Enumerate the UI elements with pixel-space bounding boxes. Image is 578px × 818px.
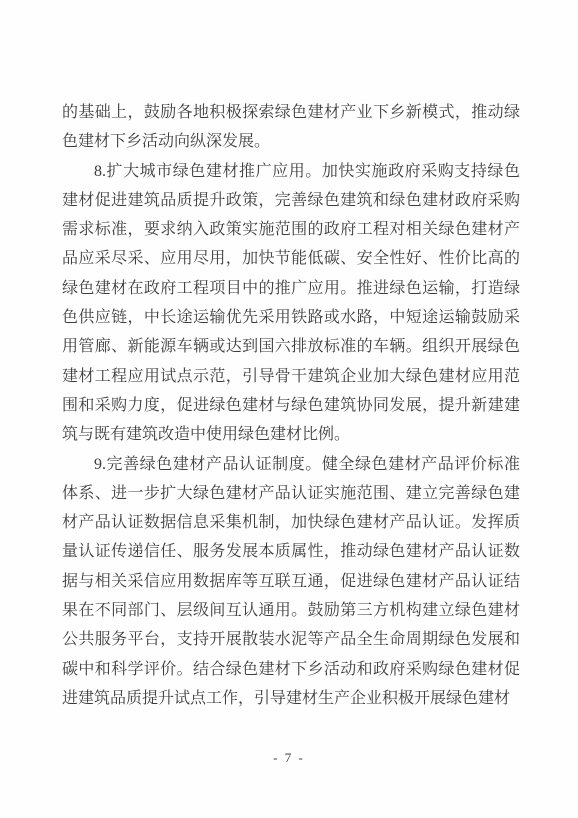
document-page: 的基础上，鼓励各地积极探索绿色建材产业下乡新模式，推动绿色建材下乡活动向纵深发展… (0, 0, 578, 818)
paragraph-item-8: 8.扩大城市绿色建材推广应用。加快实施政府采购支持绿色建材促进建筑品质提升政策，… (62, 157, 520, 450)
paragraph-continuation: 的基础上，鼓励各地积极探索绿色建材产业下乡新模式，推动绿色建材下乡活动向纵深发展… (62, 98, 520, 157)
page-number: - 7 - (0, 750, 578, 766)
paragraph-item-9: 9.完善绿色建材产品认证制度。健全绿色建材产品评价标准体系、进一步扩大绿色建材产… (62, 450, 520, 714)
document-body: 的基础上，鼓励各地积极探索绿色建材产业下乡新模式，推动绿色建材下乡活动向纵深发展… (62, 98, 520, 713)
